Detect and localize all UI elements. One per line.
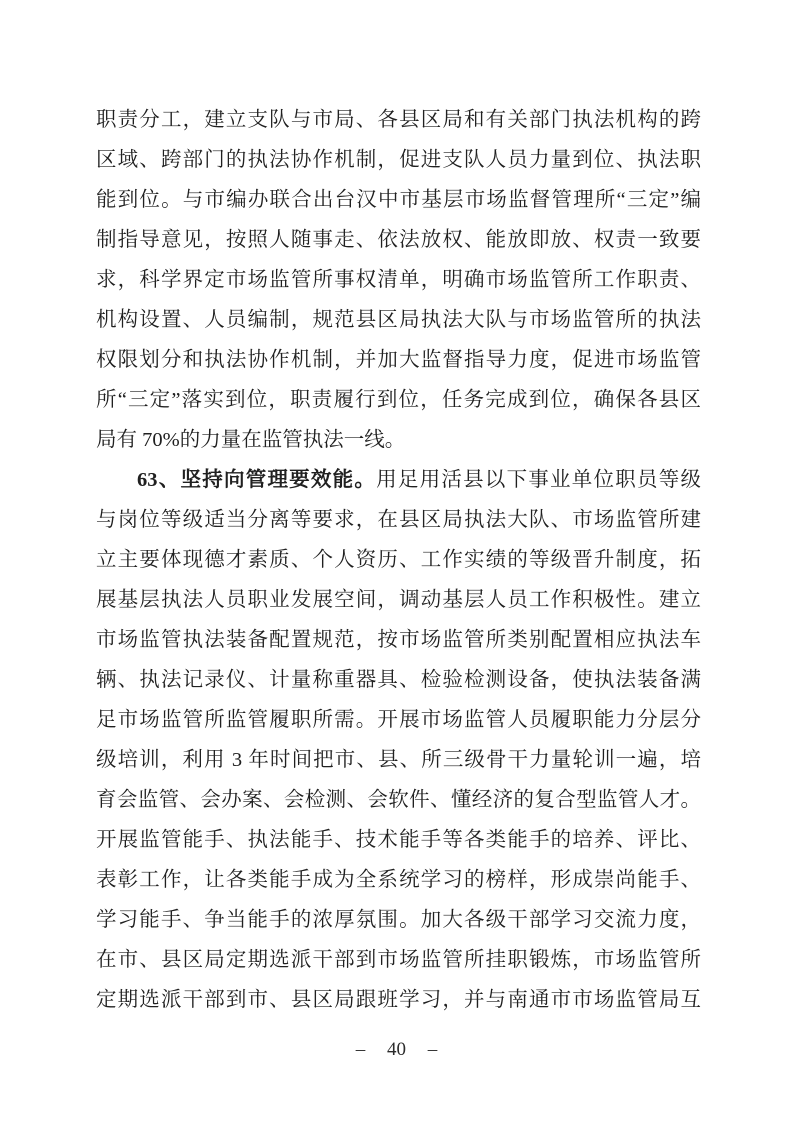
text-line-content: 学习能手、争当能手的浓厚氛围。加大各级干部学习交流力度， xyxy=(96,909,701,931)
text-line: 育会监管、会办案、会检测、会软件、懂经济的复合型监管人才。 xyxy=(96,780,701,820)
text-line-content: 定期选派干部到市、县区局跟班学习，并与南通市市场监管局互 xyxy=(96,989,701,1011)
text-line-content: 开展监管能手、执法能手、技术能手等各类能手的培养、评比、 xyxy=(96,829,701,851)
text-line-content: 所“三定”落实到位，职责履行到位，任务完成到位，确保各县区 xyxy=(96,389,701,411)
text-line-content: 展基层执法人员职业发展空间，调动基层人员工作积极性。建立 xyxy=(96,589,701,611)
text-line: 市场监管执法装备配置规范，按市场监管所类别配置相应执法车 xyxy=(96,620,701,660)
document-page: 职责分工，建立支队与市局、各县区局和有关部门执法机构的跨区域、跨部门的执法协作机… xyxy=(0,0,793,1122)
text-line-content: 制指导意见，按照人随事走、依法放权、能放即放、权责一致要 xyxy=(96,229,701,251)
text-line: 职责分工，建立支队与市局、各县区局和有关部门执法机构的跨 xyxy=(96,100,701,140)
text-line-content: 在市、县区局定期选派干部到市场监管所挂职锻炼，市场监管所 xyxy=(96,949,701,971)
section-heading: 63、坚持向管理要效能。 xyxy=(137,469,376,491)
text-line: 权限划分和执法协作机制，并加大监督指导力度，促进市场监管 xyxy=(96,340,701,380)
text-line-content: 立主要体现德才素质、个人资历、工作实绩的等级晋升制度，拓 xyxy=(96,549,701,571)
text-line: 制指导意见，按照人随事走、依法放权、能放即放、权责一致要 xyxy=(96,220,701,260)
text-line-content: 职责分工，建立支队与市局、各县区局和有关部门执法机构的跨 xyxy=(96,109,701,131)
page-number: – 40 – xyxy=(0,1036,793,1064)
text-line: 63、坚持向管理要效能。用足用活县以下事业单位职员等级 xyxy=(96,460,701,500)
text-line-content: 机构设置、人员编制，规范县区局执法大队与市场监管所的执法 xyxy=(96,309,701,331)
text-line-content: 求，科学界定市场监管所事权清单，明确市场监管所工作职责、 xyxy=(96,269,701,291)
text-line: 足市场监管所监管履职所需。开展市场监管人员履职能力分层分 xyxy=(96,700,701,740)
text-line: 定期选派干部到市、县区局跟班学习，并与南通市市场监管局互 xyxy=(96,980,701,1020)
text-line-content: 足市场监管所监管履职所需。开展市场监管人员履职能力分层分 xyxy=(96,709,701,731)
text-line: 在市、县区局定期选派干部到市场监管所挂职锻炼，市场监管所 xyxy=(96,940,701,980)
text-line-content: 用足用活县以下事业单位职员等级 xyxy=(376,469,701,491)
text-line: 表彰工作，让各类能手成为全系统学习的榜样，形成崇尚能手、 xyxy=(96,860,701,900)
text-line: 求，科学界定市场监管所事权清单，明确市场监管所工作职责、 xyxy=(96,260,701,300)
text-line: 级培训，利用 3 年时间把市、县、所三级骨干力量轮训一遍，培 xyxy=(96,740,701,780)
text-line-content: 表彰工作，让各类能手成为全系统学习的榜样，形成崇尚能手、 xyxy=(96,869,701,891)
text-line-content: 权限划分和执法协作机制，并加大监督指导力度，促进市场监管 xyxy=(96,349,701,371)
text-line: 辆、执法记录仪、计量称重器具、检验检测设备，使执法装备满 xyxy=(96,660,701,700)
text-line: 区域、跨部门的执法协作机制，促进支队人员力量到位、执法职 xyxy=(96,140,701,180)
text-line: 展基层执法人员职业发展空间，调动基层人员工作积极性。建立 xyxy=(96,580,701,620)
text-line-content: 育会监管、会办案、会检测、会软件、懂经济的复合型监管人才。 xyxy=(96,789,701,811)
text-line-content: 区域、跨部门的执法协作机制，促进支队人员力量到位、执法职 xyxy=(96,149,701,171)
text-line: 能到位。与市编办联合出台汉中市基层市场监督管理所“三定”编 xyxy=(96,180,701,220)
text-line-content: 能到位。与市编办联合出台汉中市基层市场监督管理所“三定”编 xyxy=(96,189,701,211)
text-block: 职责分工，建立支队与市局、各县区局和有关部门执法机构的跨区域、跨部门的执法协作机… xyxy=(96,100,701,1020)
text-line: 立主要体现德才素质、个人资历、工作实绩的等级晋升制度，拓 xyxy=(96,540,701,580)
text-line-content: 辆、执法记录仪、计量称重器具、检验检测设备，使执法装备满 xyxy=(96,669,701,691)
text-line: 开展监管能手、执法能手、技术能手等各类能手的培养、评比、 xyxy=(96,820,701,860)
text-line-content: 级培训，利用 3 年时间把市、县、所三级骨干力量轮训一遍，培 xyxy=(96,749,701,771)
text-line-content: 局有 70%的力量在监管执法一线。 xyxy=(96,429,405,451)
text-line: 机构设置、人员编制，规范县区局执法大队与市场监管所的执法 xyxy=(96,300,701,340)
text-line: 与岗位等级适当分离等要求，在县区局执法大队、市场监管所建 xyxy=(96,500,701,540)
text-line-content: 市场监管执法装备配置规范，按市场监管所类别配置相应执法车 xyxy=(96,629,701,651)
text-line: 学习能手、争当能手的浓厚氛围。加大各级干部学习交流力度， xyxy=(96,900,701,940)
text-line-content: 与岗位等级适当分离等要求，在县区局执法大队、市场监管所建 xyxy=(96,509,701,531)
text-line: 局有 70%的力量在监管执法一线。 xyxy=(96,420,701,460)
text-line: 所“三定”落实到位，职责履行到位，任务完成到位，确保各县区 xyxy=(96,380,701,420)
